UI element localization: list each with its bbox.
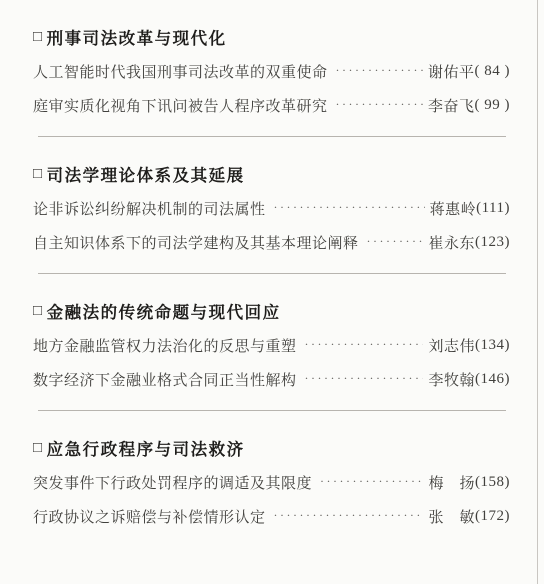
dot-leader: ········································…	[305, 337, 424, 352]
dot-leader: ········································…	[274, 200, 425, 215]
entry-title: 数字经济下金融业格式合同正当性解构	[33, 369, 297, 390]
entry-title: 自主知识体系下的司法学建构及其基本理论阐释	[33, 232, 359, 253]
toc-entry: 行政协议之诉赔偿与补偿情形认定 ························…	[33, 499, 510, 533]
dot-leader: ········································…	[320, 474, 423, 489]
page-edge-line	[537, 0, 538, 584]
toc-entry: 数字经济下金融业格式合同正当性解构 ······················…	[33, 362, 510, 396]
section-divider	[38, 136, 506, 137]
entry-author: 李奋飞	[428, 95, 475, 116]
section-heading: □ 应急行政程序与司法救济	[33, 431, 510, 465]
entry-title: 突发事件下行政处罚程序的调适及其限度	[33, 472, 312, 493]
toc-entry: 庭审实质化视角下讯问被告人程序改革研究 ····················…	[33, 88, 510, 122]
entry-page: (134)	[475, 337, 510, 354]
entry-author: 谢佑平	[428, 61, 475, 82]
section-heading: □ 刑事司法改革与现代化	[33, 20, 510, 54]
square-marker-icon: □	[33, 165, 44, 182]
toc-section: □ 金融法的传统命题与现代回应 地方金融监管权力法治化的反思与重塑 ······…	[33, 294, 510, 396]
toc-entry: 突发事件下行政处罚程序的调适及其限度 ·····················…	[33, 465, 510, 499]
entry-page: (146)	[475, 371, 510, 388]
entry-author: 崔永东	[428, 232, 475, 253]
square-marker-icon: □	[33, 302, 44, 319]
entry-title: 庭审实质化视角下讯问被告人程序改革研究	[33, 95, 328, 116]
entry-page: (111)	[476, 200, 510, 217]
toc-section: □ 司法学理论体系及其延展 论非诉讼纠纷解决机制的司法属性 ··········…	[33, 157, 510, 259]
entry-title: 地方金融监管权力法治化的反思与重塑	[33, 335, 297, 356]
dot-leader: ········································…	[274, 508, 424, 523]
dot-leader: ········································…	[336, 63, 423, 78]
entry-author: 蒋惠岭	[430, 198, 477, 219]
toc-section: □ 刑事司法改革与现代化 人工智能时代我国刑事司法改革的双重使命 ·······…	[33, 20, 510, 122]
entry-author: 张 敏	[428, 506, 475, 527]
section-heading-label: 应急行政程序与司法救济	[47, 436, 245, 460]
dot-leader: ········································…	[305, 371, 424, 386]
toc-section: □ 应急行政程序与司法救济 突发事件下行政处罚程序的调适及其限度 ·······…	[33, 431, 510, 533]
section-heading-label: 司法学理论体系及其延展	[47, 162, 245, 186]
toc-entry: 地方金融监管权力法治化的反思与重塑 ······················…	[33, 328, 510, 362]
section-heading: □ 司法学理论体系及其延展	[33, 157, 510, 191]
section-divider	[38, 410, 506, 411]
journal-toc-page: □ 刑事司法改革与现代化 人工智能时代我国刑事司法改革的双重使命 ·······…	[0, 0, 544, 584]
entry-page: ( 99 )	[475, 97, 511, 114]
entry-page: (123)	[475, 234, 510, 251]
toc-entry: 人工智能时代我国刑事司法改革的双重使命 ····················…	[33, 54, 510, 88]
toc-entry: 论非诉讼纠纷解决机制的司法属性 ························…	[33, 191, 510, 225]
entry-title: 论非诉讼纠纷解决机制的司法属性	[33, 198, 266, 219]
entry-page: (172)	[475, 508, 510, 525]
entry-author: 李牧翰	[428, 369, 475, 390]
square-marker-icon: □	[33, 439, 44, 456]
entry-author: 刘志伟	[428, 335, 475, 356]
entry-page: ( 84 )	[475, 63, 511, 80]
entry-title: 行政协议之诉赔偿与补偿情形认定	[33, 506, 266, 527]
section-heading: □ 金融法的传统命题与现代回应	[33, 294, 510, 328]
dot-leader: ········································…	[367, 234, 424, 249]
entry-page: (158)	[475, 474, 510, 491]
entry-author: 梅 扬	[428, 472, 475, 493]
dot-leader: ········································…	[336, 97, 423, 112]
section-divider	[38, 273, 506, 274]
section-heading-label: 刑事司法改革与现代化	[47, 25, 227, 49]
toc-entry: 自主知识体系下的司法学建构及其基本理论阐释 ··················…	[33, 225, 510, 259]
section-heading-label: 金融法的传统命题与现代回应	[47, 299, 281, 323]
entry-title: 人工智能时代我国刑事司法改革的双重使命	[33, 61, 328, 82]
square-marker-icon: □	[33, 28, 44, 45]
